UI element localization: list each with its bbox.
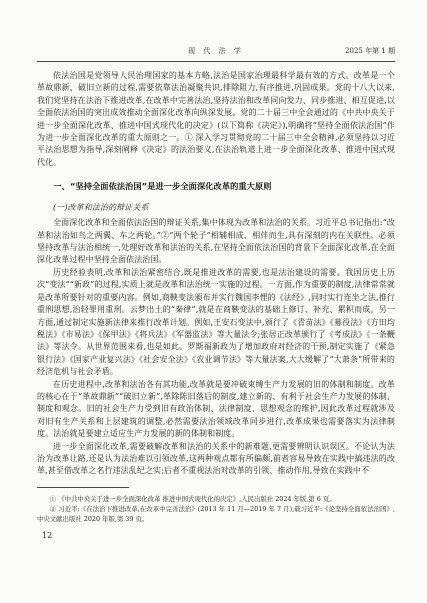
footnote-2: ② 习近平:《在法治下推进改革,在改革中完善法治》(2013 年 11 月—20… xyxy=(37,504,395,524)
body-paragraph-3: 在历史进程中,改革和法治各有其功能,改革就是要冲破束缚生产力发展的旧的体制和制度… xyxy=(37,379,395,441)
body-paragraph-4: 进一步全面深化改革,需要破解改革和法治的关系中的新难题,更需要辨明认识误区。不论… xyxy=(37,441,395,474)
footnote-separator xyxy=(37,487,129,488)
footnote-1: ① 《中共中央关于进一步全面深化改革 推进中国式现代化的决定》,人民出版社 20… xyxy=(37,494,395,504)
article-body: 依法治国是党领导人民治理国家的基本方略,法治是国家治理最科学最有效的方式。改革是… xyxy=(37,70,395,474)
subsection-heading: (一)改革和法治的辩证关系 xyxy=(37,202,395,214)
journal-page: 现 代 法 学 2025 年第 1 期 依法治国是党领导人民治理国家的基本方略,… xyxy=(0,0,427,603)
journal-title: 现 代 法 学 xyxy=(188,46,244,56)
issue-label: 2025 年第 1 期 xyxy=(244,46,395,56)
running-head: 现 代 法 学 2025 年第 1 期 xyxy=(37,46,395,62)
page-number: 12 xyxy=(37,531,395,540)
intro-paragraph: 依法治国是党领导人民治理国家的基本方略,法治是国家治理最科学最有效的方式。改革是… xyxy=(37,70,395,169)
section-heading: 一、“坚持全面依法治国”是进一步全面深化改革的重大原则 xyxy=(37,180,395,192)
body-paragraph-1: 全面深化改革和全面依法治国的辩证关系,集中体现为改革和法治的关系。习近平总书记指… xyxy=(37,217,395,267)
footnote-area: ① 《中共中央关于进一步全面深化改革 推进中国式现代化的决定》,人民出版社 20… xyxy=(37,487,395,540)
body-paragraph-2: 历史经验表明,改革和法治紧密结合,既是推进改革的需要,也是法治建设的需要。我国历… xyxy=(37,267,395,379)
